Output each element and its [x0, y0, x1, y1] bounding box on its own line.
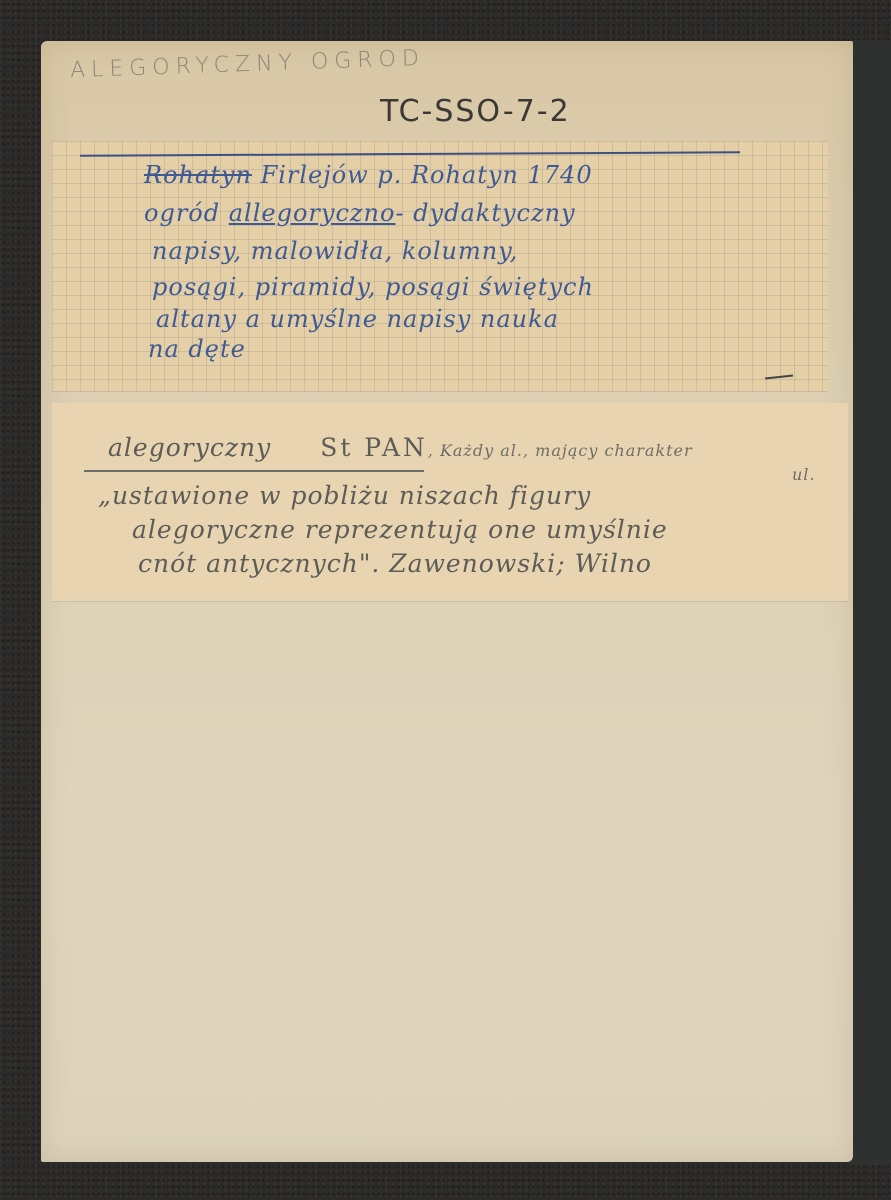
- struck-word: Rohatyn: [144, 161, 252, 189]
- reference-code: TC-SSO-7-2: [380, 94, 571, 129]
- top-note-grid-paper: Rohatyn Firlejów p. Rohatyn 1740 ogród a…: [52, 141, 828, 391]
- quote-line-3: cnót antycznych". Zawenowski; Wilno: [138, 549, 652, 578]
- note-line-4: posągi, piramidy, posągi świętych: [152, 273, 594, 301]
- heading-source: St PAN: [320, 433, 428, 462]
- heading-term: alegoryczny: [108, 433, 271, 462]
- heading-rest: , Każdy al., mający charakter: [428, 441, 693, 460]
- note-line-2: ogród allegoryczno- dydaktyczny: [144, 199, 576, 227]
- heading-line: alegoryczny St PAN, Każdy al., mający ch…: [108, 433, 693, 462]
- note-line-3: napisy, malowidła, kolumny,: [152, 237, 518, 265]
- note-line-5: altany a umyślne napisy nauka: [156, 305, 559, 333]
- note-line-6: na dęte: [148, 335, 246, 363]
- album-binder-strip: [851, 40, 891, 1165]
- bottom-note-paper: alegoryczny St PAN, Każdy al., mający ch…: [52, 403, 848, 601]
- margin-note: ul.: [792, 465, 816, 484]
- heading-underline: [84, 470, 424, 472]
- quote-line-1: „ustawione w pobliżu niszach figury: [98, 481, 591, 510]
- underlined-word: allegoryczno: [229, 199, 396, 227]
- quote-line-2: alegoryczne reprezentują one umyślnie: [132, 515, 668, 544]
- top-rule-line: [80, 151, 740, 156]
- note-line-1: Rohatyn Firlejów p. Rohatyn 1740: [144, 161, 593, 189]
